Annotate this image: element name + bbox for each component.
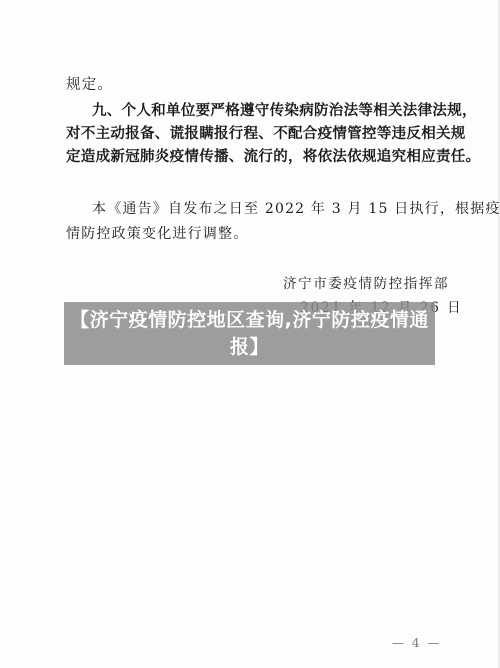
paragraph-nine-line: 定造成新冠肺炎疫情传播、流行的，将依法依规追究相应责任。 [66, 147, 480, 167]
paragraph-nine-line: 九、个人和单位要严格遵守传染病防治法等相关法律法规， [92, 101, 477, 121]
signature: 济宁市委疫情防控指挥部 [283, 274, 449, 294]
page-number: — 4 — [392, 636, 441, 650]
notice-effective-line: 本《通告》自发布之日至 2022 年 3 月 15 日执行，根据疫 [92, 199, 500, 219]
text-line: 规定。 [66, 75, 113, 95]
banner-title: 【济宁疫情防控地区查询,济宁防控疫情通报】 [68, 307, 431, 361]
title-overlay-banner: 【济宁疫情防控地区查询,济宁防控疫情通报】 [64, 302, 435, 365]
notice-effective-line: 情防控政策变化进行调整。 [66, 224, 248, 244]
paragraph-nine-line: 对不主动报备、谎报瞒报行程、不配合疫情管控等违反相关规 [66, 124, 466, 144]
